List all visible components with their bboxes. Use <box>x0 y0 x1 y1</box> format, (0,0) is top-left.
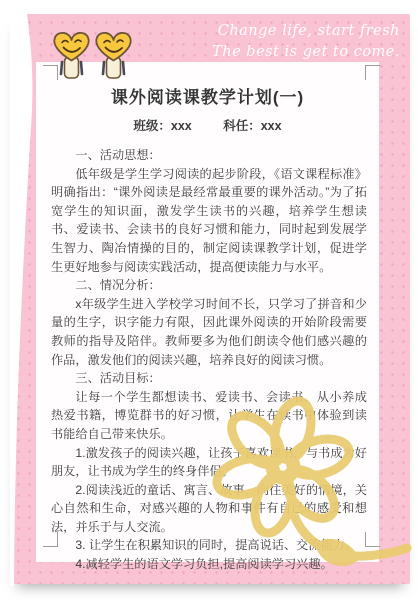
paragraph: 三、活动目标： <box>51 369 367 388</box>
paragraph: 二、情况分析： <box>51 276 367 295</box>
banner-slogan: Change life, start fresh The best is get… <box>212 21 400 63</box>
document-body: 一、活动思想：低年级是学生学习阅读的起步阶段，《语文课程标准》明确指出：“课外阅… <box>51 146 367 574</box>
class-field: 班级：xxx <box>133 119 191 133</box>
paragraph: 3. 让学生在积累知识的同时，提高说话、交流能力。 <box>51 536 367 555</box>
paragraph: 让每一个学生都想读书、爱读书、会读书，从小养成热爱书籍，博览群书的好习惯，让学生… <box>51 388 367 444</box>
document-title: 课外阅读课教学计划(一) <box>46 87 369 109</box>
subject-field: 科任：xxx <box>223 119 281 133</box>
smiley-heart-mascots-icon <box>48 25 140 85</box>
crop-mark-top-right-icon <box>365 65 380 80</box>
slogan-line-2: The best is get to come. <box>212 42 400 63</box>
paragraph: 4.减轻学生的语文学习负担,提高阅读学习兴趣。 <box>51 555 367 574</box>
crop-mark-bottom-left-icon <box>43 532 58 547</box>
paragraph: 1.激发孩子的阅读兴趣，让孩子喜欢读书，与书成为好朋友，让书成为学生的终身伴侣。 <box>51 444 367 481</box>
photographed-document: Change life, start fresh The best is get… <box>0 0 418 600</box>
paragraph: 2.阅读浅近的童话、寓言、故事，向往美好的情境，关心自然和生命，对感兴趣的人物和… <box>51 481 367 537</box>
document-page: 课外阅读课教学计划(一) 班级：xxx 科任：xxx 一、活动思想：低年级是学生… <box>36 62 379 562</box>
slogan-line-1: Change life, start fresh <box>212 21 400 42</box>
paragraph: 一、活动思想： <box>51 146 367 165</box>
paragraph: x年级学生进入学校学习时间不长，只学习了拼音和少量的生字，识字能力有限，因此课外… <box>51 295 367 369</box>
document-meta: 班级：xxx 科任：xxx <box>36 116 379 134</box>
crop-mark-bottom-right-icon <box>365 532 380 547</box>
paragraph: 低年级是学生学习阅读的起步阶段，《语文课程标准》明确指出：“课外阅读是最经常最重… <box>51 165 367 277</box>
